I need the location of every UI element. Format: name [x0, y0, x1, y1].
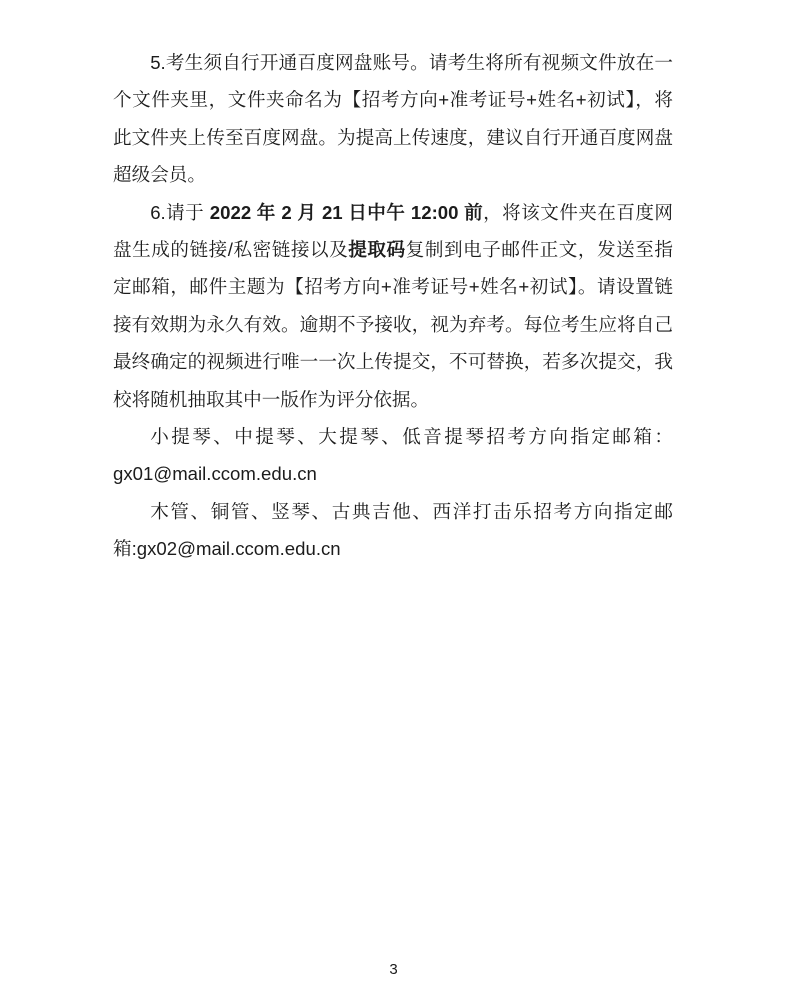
deadline-text: 2022 年 2 月 21 日中午 12:00 前: [210, 202, 483, 223]
paragraph: 6.请于 2022 年 2 月 21 日中午 12:00 前，将该文件夹在百度网…: [113, 194, 673, 418]
document-body: 5.考生须自行开通百度网盘账号。请考生将所有视频文件放在一个文件夹里，文件夹命名…: [113, 44, 673, 568]
email-address: gx02@mail.ccom.edu.cn: [137, 538, 341, 559]
email-address: gx01@mail.ccom.edu.cn: [113, 463, 317, 484]
bold-text-run: 提取码: [348, 239, 405, 260]
document-page: 5.考生须自行开通百度网盘账号。请考生将所有视频文件放在一个文件夹里，文件夹命名…: [0, 0, 787, 1003]
text-run: 5.考生须自行开通百度网盘账号。请考生将所有视频文件放在一个文件夹里，文件夹命名…: [113, 52, 673, 185]
page-number: 3: [0, 961, 787, 979]
text-run: 复制到电子邮件正文，发送至指定邮箱，邮件主题为【招考方向+准考证号+姓名+初试】…: [113, 239, 673, 410]
text-run: 6.请于: [150, 202, 210, 223]
text-run: 小提琴、中提琴、大提琴、低音提琴招考方向指定邮箱：: [150, 426, 673, 447]
paragraph: 小提琴、中提琴、大提琴、低音提琴招考方向指定邮箱：gx01@mail.ccom.…: [113, 418, 673, 493]
paragraph: 木管、铜管、竖琴、古典吉他、西洋打击乐招考方向指定邮箱:gx02@mail.cc…: [113, 493, 673, 568]
paragraph: 5.考生须自行开通百度网盘账号。请考生将所有视频文件放在一个文件夹里，文件夹命名…: [113, 44, 673, 194]
